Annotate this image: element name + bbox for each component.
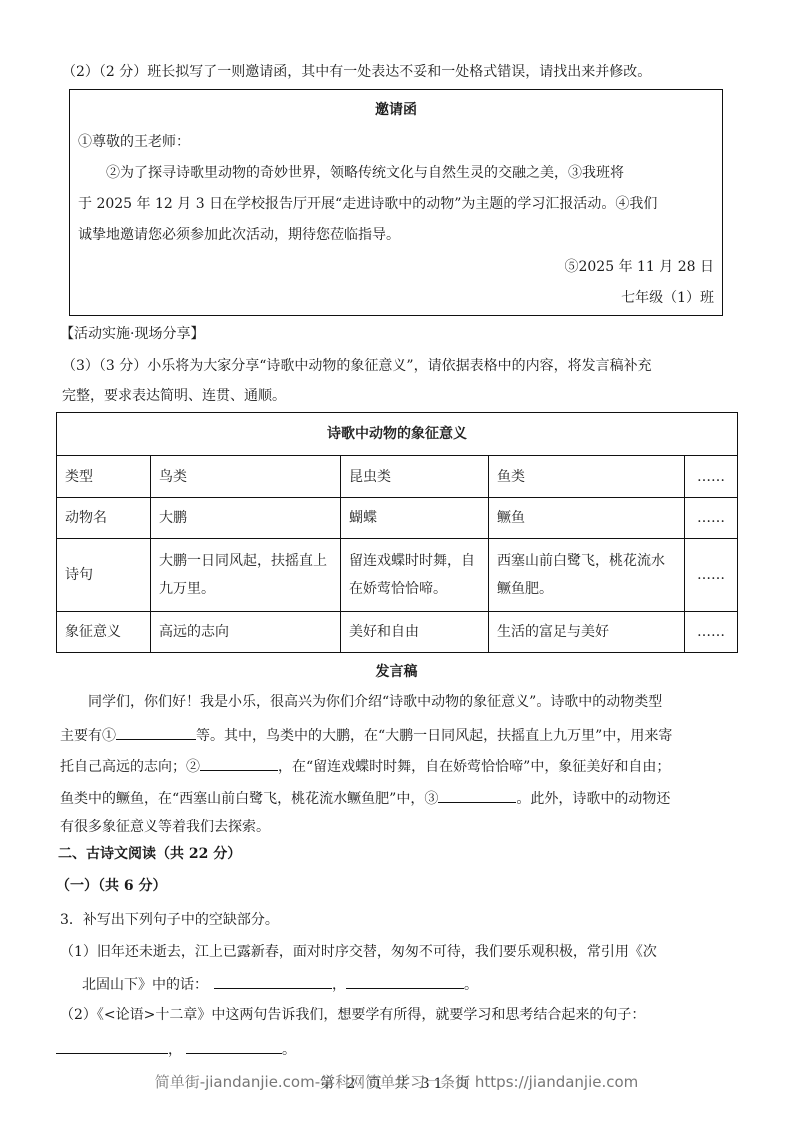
table-cell: 高远的志向 bbox=[151, 612, 341, 653]
section-heading: 【活动实施·现场分享】 bbox=[60, 324, 204, 344]
speech-text: 。此外，诗歌中的动物还 bbox=[516, 791, 670, 807]
table-cell: 大鹏 bbox=[151, 498, 341, 539]
table-cell: 蝴蝶 bbox=[341, 498, 489, 539]
speech-line5: 有很多象征意义等着我们去探索。 bbox=[60, 817, 270, 837]
invitation-body-line1: ②为了探寻诗歌里动物的奇妙世界，领略传统文化与自然生灵的交融之美，③我班将 bbox=[106, 163, 624, 183]
table-cell: 大鹏一日同风起，扶摇直上九万里。 bbox=[151, 539, 341, 612]
invitation-signature: 七年级（1）班 bbox=[621, 288, 714, 308]
table-cell: …… bbox=[685, 612, 738, 653]
q3-prompt-line1: （3）（3 分）小乐将为大家分享“诗歌中动物的象征意义”，请依据表格中的内容，将… bbox=[62, 356, 652, 376]
answer-blank-4[interactable] bbox=[214, 972, 332, 989]
table-row: 诗句 大鹏一日同风起，扶摇直上九万里。 留连戏蝶时时舞，自在娇莺恰恰啼。 西塞山… bbox=[57, 539, 738, 612]
comma: ， bbox=[168, 1042, 182, 1058]
answer-blank-1[interactable] bbox=[116, 723, 196, 740]
row-header: 象征意义 bbox=[57, 612, 151, 653]
table-cell: …… bbox=[685, 539, 738, 612]
table-title: 诗歌中动物的象征意义 bbox=[57, 413, 738, 456]
invitation-salutation: ①尊敬的王老师： bbox=[78, 132, 190, 152]
table-cell: 鳜鱼 bbox=[489, 498, 685, 539]
item2-line2: ，。 bbox=[56, 1037, 296, 1060]
invitation-date: ⑤2025 年 11 月 28 日 bbox=[564, 257, 714, 277]
item1-text: 北固山下》中的话： bbox=[82, 977, 208, 993]
period: 。 bbox=[464, 977, 478, 993]
invitation-body-line2: 于 2025 年 12 月 3 日在学校报告厅开展“走进诗歌中的动物”为主题的学… bbox=[78, 194, 657, 214]
table-cell: 鸟类 bbox=[151, 456, 341, 498]
table-cell: 西塞山前白鹭飞，桃花流水鳜鱼肥。 bbox=[489, 539, 685, 612]
period: 。 bbox=[282, 1042, 296, 1058]
part2-sub-heading: （一）（共 6 分） bbox=[56, 876, 167, 896]
speech-line3: 托自己高远的志向；②，在“留连戏蝶时时舞，自在娇莺恰恰啼”中，象征美好和自由； bbox=[60, 754, 670, 777]
row-header: 类型 bbox=[57, 456, 151, 498]
speech-line4: 鱼类中的鳜鱼，在“西塞山前白鹭飞，桃花流水鳜鱼肥”中，③。此外，诗歌中的动物还 bbox=[60, 786, 670, 809]
table-row: 类型 鸟类 昆虫类 鱼类 …… bbox=[57, 456, 738, 498]
answer-blank-2[interactable] bbox=[200, 754, 278, 771]
table-cell: …… bbox=[685, 456, 738, 498]
item1-line2: 北固山下》中的话：，。 bbox=[82, 972, 478, 995]
table-row: 象征意义 高远的志向 美好和自由 生活的富足与美好 …… bbox=[57, 612, 738, 653]
speech-line1: 同学们，你们好！我是小乐，很高兴为你们介绍“诗歌中动物的象征意义”。诗歌中的动物… bbox=[88, 692, 662, 712]
speech-title: 发言稿 bbox=[0, 662, 793, 682]
answer-blank-5[interactable] bbox=[346, 972, 464, 989]
answer-blank-7[interactable] bbox=[186, 1037, 282, 1054]
invitation-title: 邀请函 bbox=[70, 100, 722, 120]
answer-blank-6[interactable] bbox=[56, 1037, 168, 1054]
watermark: 简单街-jiandanjie.com-学科网简单学习一条街 https://ji… bbox=[0, 1071, 793, 1092]
comma: ， bbox=[332, 977, 346, 993]
answer-blank-3[interactable] bbox=[438, 786, 516, 803]
table-cell: 留连戏蝶时时舞，自在娇莺恰恰啼。 bbox=[341, 539, 489, 612]
part2-heading: 二、古诗文阅读（共 22 分） bbox=[58, 844, 241, 864]
q2-prompt: （2）（2 分）班长拟写了一则邀请函，其中有一处表达不妥和一处格式错误，请找出来… bbox=[62, 62, 651, 82]
table-cell: 生活的富足与美好 bbox=[489, 612, 685, 653]
speech-text: ，在“留连戏蝶时时舞，自在娇莺恰恰啼”中，象征美好和自由； bbox=[278, 759, 670, 775]
speech-text: 托自己高远的志向；② bbox=[60, 759, 200, 775]
table-cell: 昆虫类 bbox=[341, 456, 489, 498]
speech-text: 等。其中，鸟类中的大鹏，在“大鹏一日同风起，扶摇直上九万里”中，用来寄 bbox=[196, 728, 672, 744]
row-header: 动物名 bbox=[57, 498, 151, 539]
table-cell: …… bbox=[685, 498, 738, 539]
row-header: 诗句 bbox=[57, 539, 151, 612]
speech-text: 主要有① bbox=[60, 728, 116, 744]
speech-text: 鱼类中的鳜鱼，在“西塞山前白鹭飞，桃花流水鳜鱼肥”中，③ bbox=[60, 791, 438, 807]
item2-line1: （2）《<论语>十二章》中这两句告诉我们，想要学有所得，就要学习和思考结合起来的… bbox=[60, 1005, 645, 1025]
invitation-box: 邀请函 ①尊敬的王老师： ②为了探寻诗歌里动物的奇妙世界，领略传统文化与自然生灵… bbox=[69, 89, 723, 316]
question-3-title: 3．补写出下列句子中的空缺部分。 bbox=[60, 910, 279, 930]
table-row: 动物名 大鹏 蝴蝶 鳜鱼 …… bbox=[57, 498, 738, 539]
invitation-body-line3: 诚挚地邀请您必须参加此次活动，期待您莅临指导。 bbox=[78, 225, 400, 245]
symbolism-table: 诗歌中动物的象征意义 类型 鸟类 昆虫类 鱼类 …… 动物名 大鹏 蝴蝶 鳜鱼 … bbox=[56, 412, 738, 653]
item1-line1: （1）旧年还未逝去，江上已露新春，面对时序交替，匆匆不可待，我们要乐观积极，常引… bbox=[60, 942, 657, 962]
q3-prompt-line2: 完整，要求表达简明、连贯、通顺。 bbox=[62, 386, 286, 406]
table-cell: 美好和自由 bbox=[341, 612, 489, 653]
table-cell: 鱼类 bbox=[489, 456, 685, 498]
speech-line2: 主要有①等。其中，鸟类中的大鹏，在“大鹏一日同风起，扶摇直上九万里”中，用来寄 bbox=[60, 723, 672, 746]
